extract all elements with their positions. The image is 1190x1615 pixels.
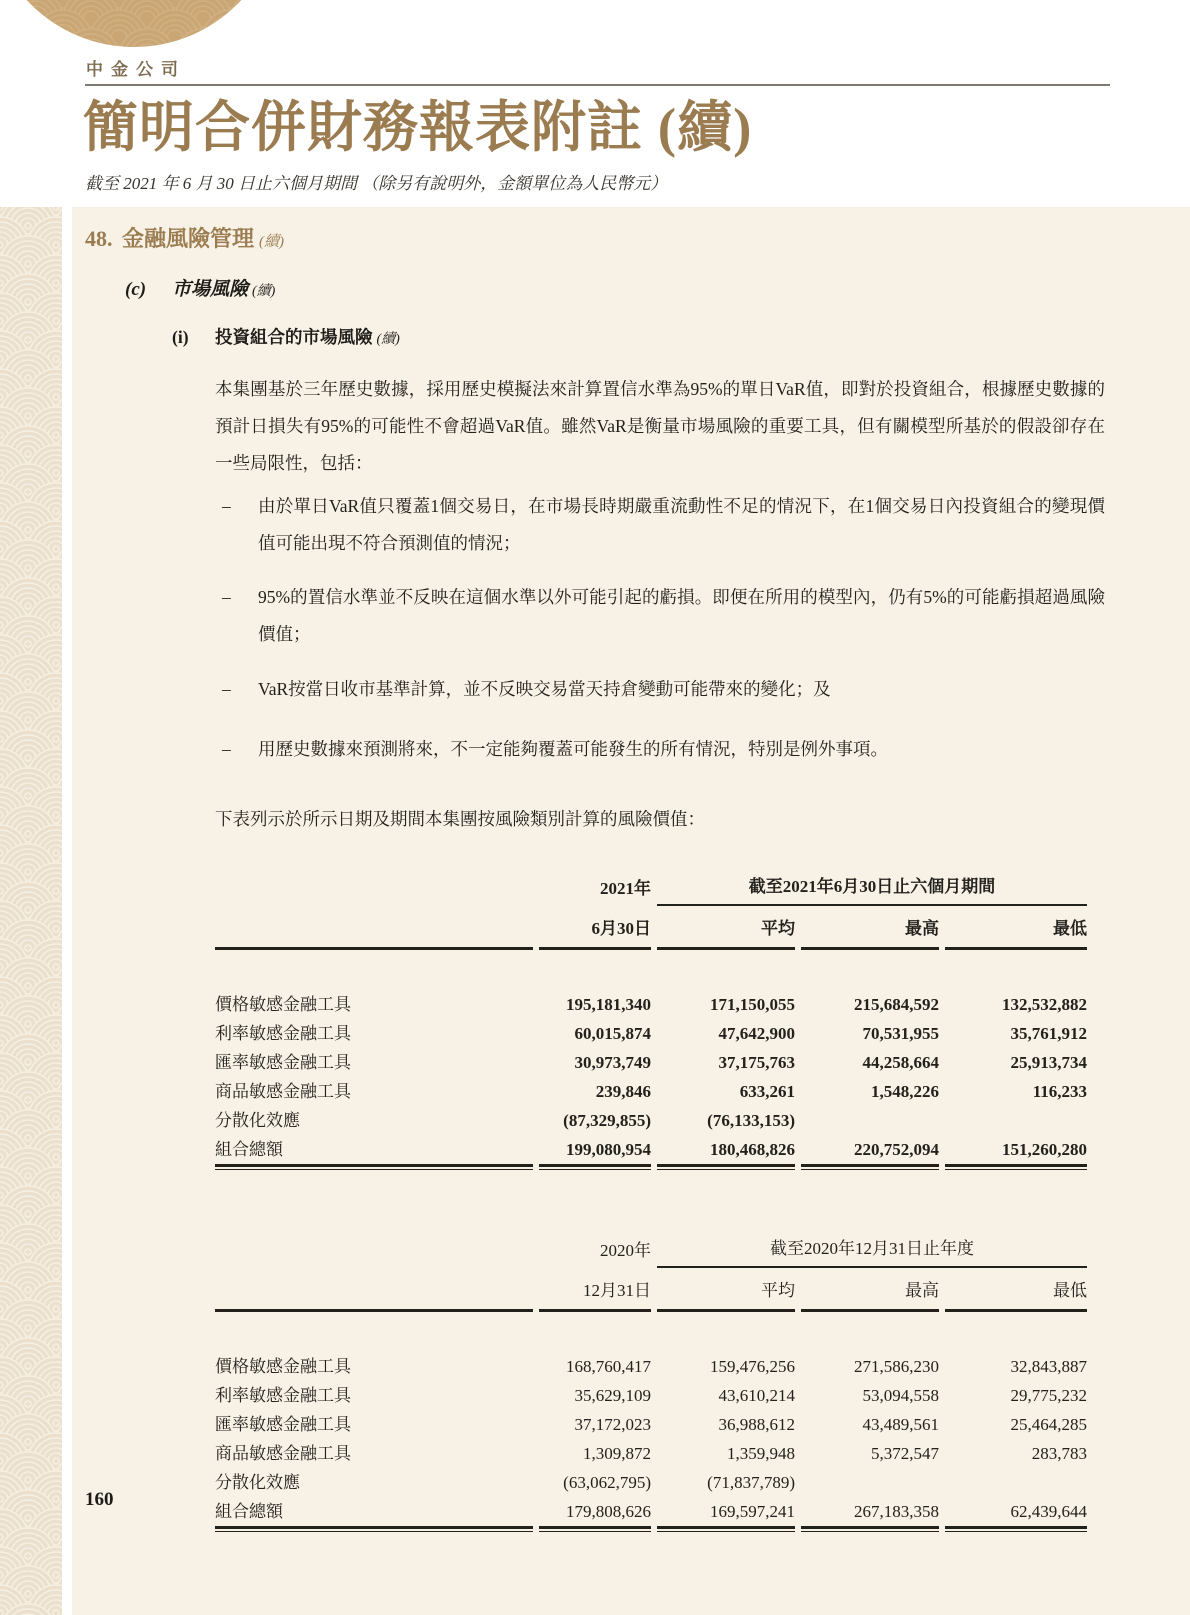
value-cell: (71,837,789)	[657, 1468, 795, 1497]
table-row: 匯率敏感金融工具 30,973,749 37,175,763 44,258,66…	[215, 1048, 1087, 1077]
bullet-item: – VaR按當日收市基準計算，並不反映交易當天持倉變動可能帶來的變化；及	[215, 671, 1105, 708]
subsection-c-heading: (c)市場風險(續)	[125, 274, 1105, 301]
table-row: 利率敏感金融工具 35,629,109 43,610,214 53,094,55…	[215, 1381, 1087, 1410]
value-cell: 43,489,561	[801, 1410, 939, 1439]
value-cell: 132,532,882	[945, 990, 1087, 1019]
value-cell: 180,468,826	[657, 1135, 795, 1167]
date-year-header: 2021年	[539, 861, 651, 906]
content-body: 48.金融風險管理(續) (c)市場風險(續) (i)投資組合的市場風險(續) …	[85, 207, 1105, 1529]
value-cell: 29,775,232	[945, 1381, 1087, 1410]
var-table-2020: 2020年 截至2020年12月31日止年度 12月31日 平均 最高 最低	[209, 1223, 1093, 1529]
bullet-dash: –	[215, 488, 258, 562]
value-cell: 271,586,230	[801, 1352, 939, 1381]
section-continued-mark: (續)	[259, 234, 284, 250]
value-cell	[801, 1468, 939, 1497]
table-lead-sentence: 下表列示於所示日期及期間本集團按風險類別計算的風險價值：	[215, 801, 1105, 838]
subsection-i-heading: (i)投資組合的市場風險(續)	[172, 324, 1105, 349]
value-cell: 283,783	[945, 1439, 1087, 1468]
value-cell: 70,531,955	[801, 1019, 939, 1048]
subsection-c-label: (c)	[125, 279, 172, 301]
header-divider	[85, 84, 1110, 86]
table-corner	[215, 906, 533, 950]
value-cell: 267,183,358	[801, 1497, 939, 1529]
var-table-2021: 2021年 截至2021年6月30日止六個月期間 6月30日 平均 最高 最低	[209, 861, 1093, 1167]
section-heading-48: 48.金融風險管理(續)	[85, 222, 1105, 253]
table-row: 價格敏感金融工具 195,181,340 171,150,055 215,684…	[215, 990, 1087, 1019]
total-row: 組合總額 179,808,626 169,597,241 267,183,358…	[215, 1497, 1087, 1529]
col-header-average: 平均	[657, 906, 795, 950]
row-label: 組合總額	[215, 1497, 533, 1529]
table-row: 分散化效應 (87,329,855) (76,133,153)	[215, 1106, 1087, 1135]
table-spacer	[215, 950, 1087, 990]
document-page: 中金公司 簡明合併財務報表附註 (續) 截至 2021 年 6 月 30 日止六…	[0, 0, 1190, 1615]
table-corner	[215, 1223, 533, 1268]
value-cell: 1,309,872	[539, 1439, 651, 1468]
value-cell	[945, 1106, 1087, 1135]
bullet-text: 95%的置信水準並不反映在這個水準以外可能引起的虧損。即便在所用的模型內，仍有5…	[258, 579, 1105, 653]
value-cell: 36,988,612	[657, 1410, 795, 1439]
bullet-dash: –	[215, 731, 258, 768]
row-label: 價格敏感金融工具	[215, 1352, 533, 1381]
value-cell: 169,597,241	[657, 1497, 795, 1529]
row-label: 匯率敏感金融工具	[215, 1410, 533, 1439]
col-header-average: 平均	[657, 1268, 795, 1312]
page-number: 160	[85, 1489, 114, 1511]
value-cell: 37,175,763	[657, 1048, 795, 1077]
value-cell: 32,843,887	[945, 1352, 1087, 1381]
value-cell: 179,808,626	[539, 1497, 651, 1529]
value-cell: 5,372,547	[801, 1439, 939, 1468]
value-cell: 116,233	[945, 1077, 1087, 1106]
value-cell: (63,062,795)	[539, 1468, 651, 1497]
subsection-i-title: 投資組合的市場風險	[215, 327, 373, 347]
table-row: 利率敏感金融工具 60,015,874 47,642,900 70,531,95…	[215, 1019, 1087, 1048]
value-cell: 35,761,912	[945, 1019, 1087, 1048]
table-row: 商品敏感金融工具 1,309,872 1,359,948 5,372,547 2…	[215, 1439, 1087, 1468]
col-header-minimum: 最低	[945, 1268, 1087, 1312]
value-cell: 43,610,214	[657, 1381, 795, 1410]
value-cell: 25,913,734	[945, 1048, 1087, 1077]
cicc-logo-medallion-icon	[7, 0, 247, 50]
value-cell: 60,015,874	[539, 1019, 651, 1048]
value-cell: 1,359,948	[657, 1439, 795, 1468]
value-cell: 199,080,954	[539, 1135, 651, 1167]
value-cell: 47,642,900	[657, 1019, 795, 1048]
date-day-header: 6月30日	[539, 906, 651, 950]
section-title: 金融風險管理	[122, 226, 254, 251]
value-cell	[945, 1468, 1087, 1497]
row-label: 商品敏感金融工具	[215, 1439, 533, 1468]
table-row: 價格敏感金融工具 168,760,417 159,476,256 271,586…	[215, 1352, 1087, 1381]
value-cell: 239,846	[539, 1077, 651, 1106]
section-number: 48.	[85, 226, 122, 252]
value-cell: 1,548,226	[801, 1077, 939, 1106]
table-corner	[215, 861, 533, 906]
col-header-maximum: 最高	[801, 1268, 939, 1312]
value-cell	[801, 1106, 939, 1135]
total-row: 組合總額 199,080,954 180,468,826 220,752,094…	[215, 1135, 1087, 1167]
subsection-i-label: (i)	[172, 327, 215, 348]
bullet-item: – 由於單日VaR值只覆蓋1個交易日，在市場長時期嚴重流動性不足的情況下，在1個…	[215, 488, 1105, 562]
table-row: 分散化效應 (63,062,795) (71,837,789)	[215, 1468, 1087, 1497]
row-label: 利率敏感金融工具	[215, 1381, 533, 1410]
value-cell: 30,973,749	[539, 1048, 651, 1077]
subsection-c-title: 市場風險	[172, 279, 248, 300]
bullet-item: – 用歷史數據來預測將來，不一定能夠覆蓋可能發生的所有情況，特別是例外事項。	[215, 731, 1105, 768]
period-span-header: 截至2021年6月30日止六個月期間	[657, 861, 1087, 906]
bullet-text: VaR按當日收市基準計算，並不反映交易當天持倉變動可能帶來的變化；及	[258, 671, 1105, 708]
value-cell: 220,752,094	[801, 1135, 939, 1167]
table-spacer	[215, 1312, 1087, 1352]
value-cell: 37,172,023	[539, 1410, 651, 1439]
col-header-maximum: 最高	[801, 906, 939, 950]
row-label: 價格敏感金融工具	[215, 990, 533, 1019]
value-cell: (87,329,855)	[539, 1106, 651, 1135]
table-row: 匯率敏感金融工具 37,172,023 36,988,612 43,489,56…	[215, 1410, 1087, 1439]
table-corner	[215, 1268, 533, 1312]
subsection-i-continued-mark: (續)	[377, 332, 400, 347]
value-cell: 44,258,664	[801, 1048, 939, 1077]
col-header-minimum: 最低	[945, 906, 1087, 950]
row-label: 商品敏感金融工具	[215, 1077, 533, 1106]
row-label: 匯率敏感金融工具	[215, 1048, 533, 1077]
row-label: 分散化效應	[215, 1468, 533, 1497]
subsection-c-continued-mark: (續)	[252, 284, 275, 299]
value-cell: 215,684,592	[801, 990, 939, 1019]
value-cell: 159,476,256	[657, 1352, 795, 1381]
value-cell: 35,629,109	[539, 1381, 651, 1410]
row-label: 組合總額	[215, 1135, 533, 1167]
value-cell: 151,260,280	[945, 1135, 1087, 1167]
content-area: 48.金融風險管理(續) (c)市場風險(續) (i)投資組合的市場風險(續) …	[0, 207, 1190, 1615]
bullet-dash: –	[215, 671, 258, 708]
intro-paragraph: 本集團基於三年歷史數據，採用歷史模擬法來計算置信水準為95%的單日VaR值，即對…	[215, 371, 1105, 482]
value-cell: 195,181,340	[539, 990, 651, 1019]
date-day-header: 12月31日	[539, 1268, 651, 1312]
table-row: 商品敏感金融工具 239,846 633,261 1,548,226 116,2…	[215, 1077, 1087, 1106]
value-cell: 53,094,558	[801, 1381, 939, 1410]
seigaiha-wave-pattern	[0, 207, 72, 1615]
period-span-header: 截至2020年12月31日止年度	[657, 1223, 1087, 1268]
bullet-dash: –	[215, 579, 258, 653]
date-year-header: 2020年	[539, 1223, 651, 1268]
page-title: 簡明合併財務報表附註 (續)	[83, 98, 752, 159]
value-cell: 633,261	[657, 1077, 795, 1106]
value-cell: 171,150,055	[657, 990, 795, 1019]
bullet-text: 用歷史數據來預測將來，不一定能夠覆蓋可能發生的所有情況，特別是例外事項。	[258, 731, 1105, 768]
value-cell: 168,760,417	[539, 1352, 651, 1381]
row-label: 利率敏感金融工具	[215, 1019, 533, 1048]
value-cell: 62,439,644	[945, 1497, 1087, 1529]
bullet-text: 由於單日VaR值只覆蓋1個交易日，在市場長時期嚴重流動性不足的情況下，在1個交易…	[258, 488, 1105, 562]
value-cell: (76,133,153)	[657, 1106, 795, 1135]
value-cell: 25,464,285	[945, 1410, 1087, 1439]
company-name: 中金公司	[86, 55, 186, 80]
bullet-item: – 95%的置信水準並不反映在這個水準以外可能引起的虧損。即便在所用的模型內，仍…	[215, 579, 1105, 653]
row-label: 分散化效應	[215, 1106, 533, 1135]
page-subtitle: 截至 2021 年 6 月 30 日止六個月期間 （除另有說明外，金額單位為人民…	[85, 169, 667, 194]
